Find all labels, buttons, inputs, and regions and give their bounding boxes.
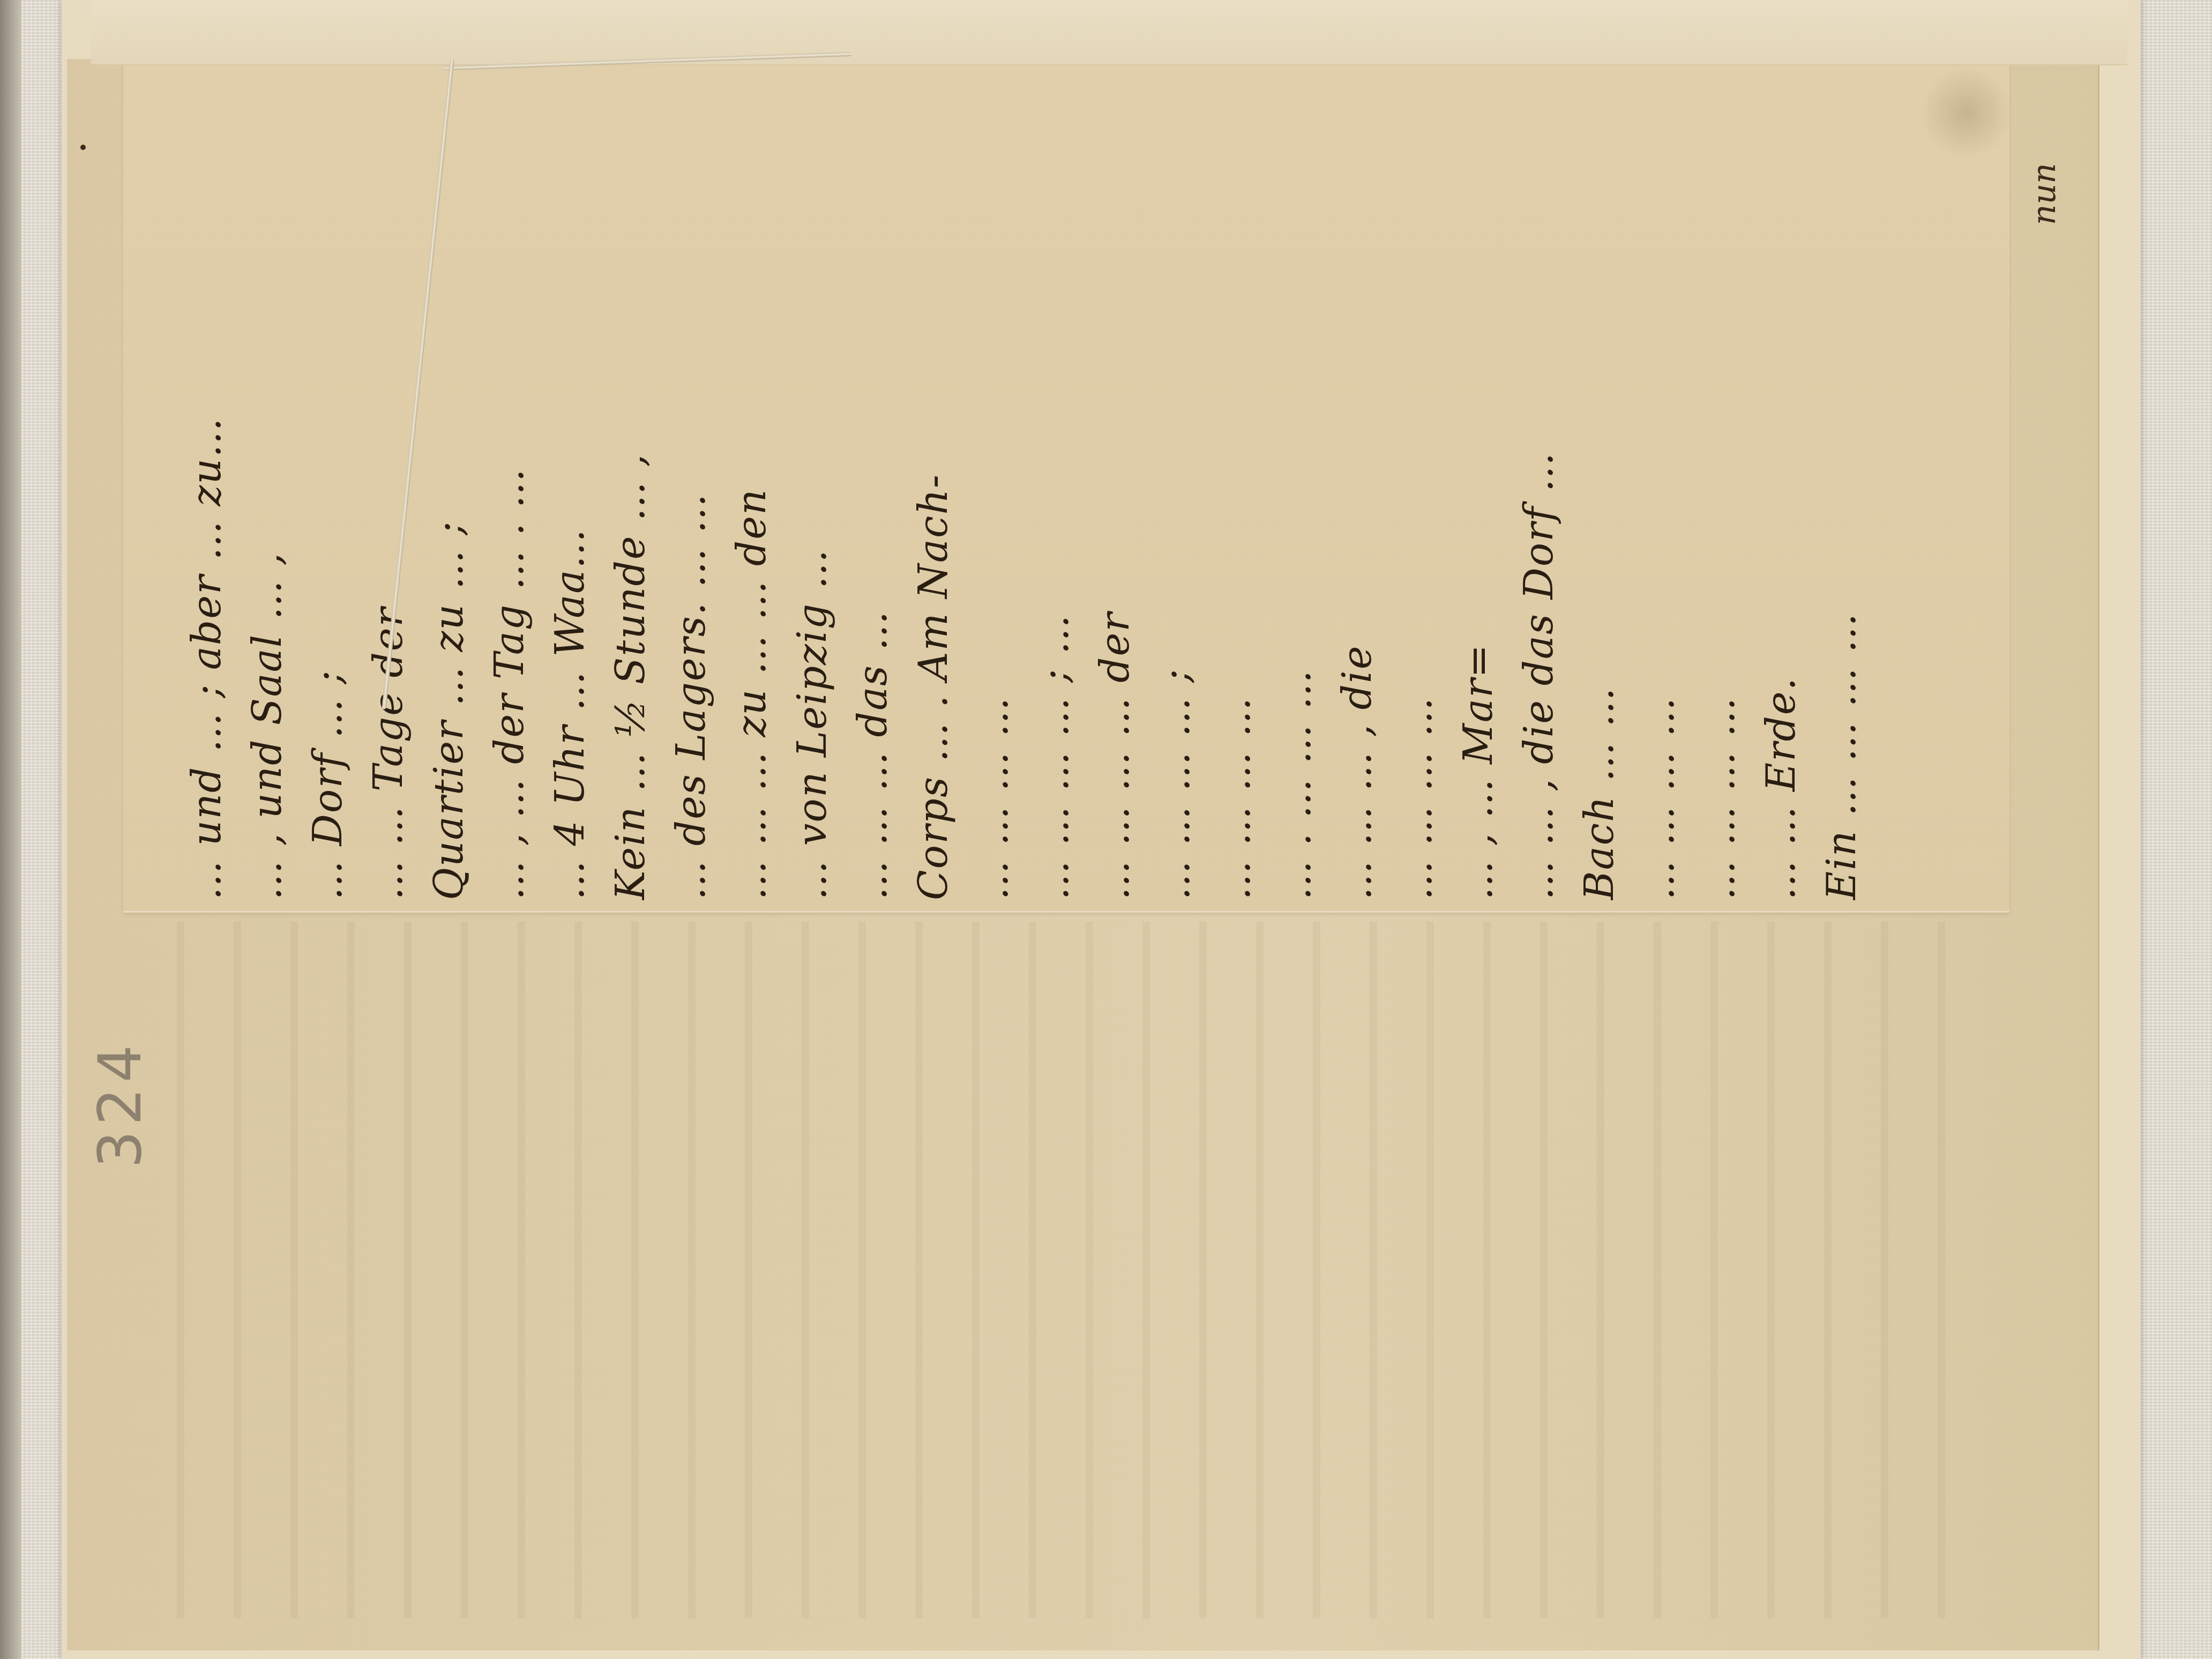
text-line: Corps … . Am Nach-	[903, 64, 964, 900]
text-line: … … … … der	[1085, 64, 1146, 900]
text-line: Ein … … … …	[1812, 64, 1872, 900]
text-line: … . … … …	[1267, 64, 1327, 900]
handwritten-text: … und … ; aber … zu… … , und Saal … , … …	[177, 64, 2159, 900]
text-line: … … … …	[1691, 64, 1751, 900]
text-line: … … … , die	[1327, 64, 1388, 900]
text-line: … … … das …	[843, 64, 903, 900]
text-line: … und … ; aber … zu…	[177, 64, 237, 900]
ink-speck	[80, 145, 86, 150]
text-line: … , … der Tag … . …	[480, 64, 540, 900]
text-line: … von Leipzig …	[782, 64, 843, 900]
text-line: … … … …	[1206, 64, 1267, 900]
cover-flap	[91, 0, 2127, 65]
ink-bleed-through	[139, 922, 1993, 1618]
text-line: Quartier … zu … ;	[419, 64, 480, 900]
text-line: … , … Mar=	[1448, 64, 1509, 900]
text-line: … … … … ;	[1146, 64, 1206, 900]
text-line: Kein … ½ Stunde … ,	[601, 64, 661, 900]
text-line: … … … … ; …	[1025, 64, 1085, 900]
text-line: … … … zu … … den	[722, 64, 782, 900]
text-line: … 4 Uhr … Waa…	[540, 64, 601, 900]
text-line: … … Erde.	[1751, 64, 1812, 900]
text-line: … … … …	[964, 64, 1025, 900]
text-line: … , und Saal … ,	[237, 64, 298, 900]
left-shadow	[0, 0, 21, 1659]
page-number: 324	[86, 1040, 154, 1168]
text-line: … … … …	[1630, 64, 1691, 900]
text-line: … des Lagers. … …	[661, 64, 722, 900]
text-line: … … , die das Dorf …	[1509, 64, 1570, 900]
marginal-note: nun	[2026, 163, 2063, 225]
text-line: … Dorf … ;	[298, 64, 358, 900]
text-line: … … … …	[1388, 64, 1448, 900]
text-line: Bach … …	[1570, 64, 1630, 900]
text-line: … … Tage der	[358, 64, 419, 900]
